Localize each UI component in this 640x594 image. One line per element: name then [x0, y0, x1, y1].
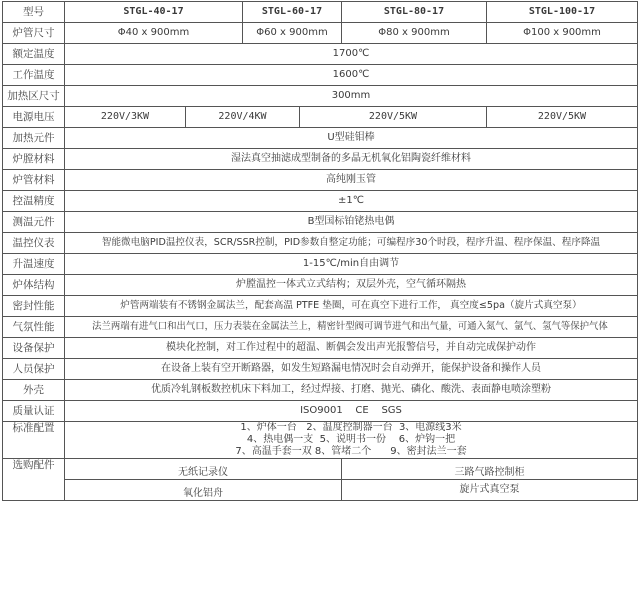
label-sensor: 测温元件 [3, 212, 65, 233]
label-model: 型号 [3, 2, 65, 23]
row-personnel-protection: 人员保护 在设备上装有空开断路器，如发生短路漏电情况时会自动弹开，能保护设备和操… [3, 359, 638, 380]
row-controller: 温控仪表 智能微电脑PID温控仪表，SCR/SSR控制，PID参数自整定功能；可… [3, 233, 638, 254]
label-work-temp: 工作温度 [3, 65, 65, 86]
row-shell: 外壳 优质冷轧钢板数控机床下料加工，经过焊接、打磨、抛光、磷化、酸洗、表面静电喷… [3, 380, 638, 401]
label-tube-material: 炉管材料 [3, 170, 65, 191]
sensor-value: B型国标铂铑热电偶 [65, 212, 638, 233]
label-equipment-protection: 设备保护 [3, 338, 65, 359]
label-sealing: 密封性能 [3, 296, 65, 317]
row-power: 电源电压 220V/3KW 220V/4KW 220V/5KW 220V/5KW [3, 107, 638, 128]
model-2: STGL-60-17 [243, 2, 342, 23]
label-heating-rate: 升温速度 [3, 254, 65, 275]
row-optional-2: 氧化铝舟 旋片式真空泵 [3, 480, 638, 501]
temp-accuracy-value: ±1℃ [65, 191, 638, 212]
power-4: 220V/5KW [487, 107, 638, 128]
standard-config-line-3: 7、高温手套一双 8、管堵二个 9、密封法兰一套 [69, 446, 633, 458]
optional-item-paperless-recorder: 无纸记录仪 [65, 459, 342, 480]
row-rated-temp: 额定温度 1700℃ [3, 44, 638, 65]
row-heating-rate: 升温速度 1-15℃/min自由调节 [3, 254, 638, 275]
model-1: STGL-40-17 [65, 2, 243, 23]
chamber-material-value: 湿法真空抽滤成型制备的多晶无机氧化铝陶瓷纤维材料 [65, 149, 638, 170]
label-optional: 选购配件 [3, 459, 65, 501]
tube-size-3: Φ80 x 900mm [342, 23, 487, 44]
tube-size-4: Φ100 x 900mm [487, 23, 638, 44]
label-tube-size: 炉管尺寸 [3, 23, 65, 44]
standard-config-list: 1、炉体一台 2、温度控制器一台 3、电源线3米 4、热电偶一支 5、说明书一份… [65, 422, 638, 459]
spec-sheet: 型号 STGL-40-17 STGL-60-17 STGL-80-17 STGL… [2, 1, 637, 501]
row-equipment-protection: 设备保护 模块化控制，对工作过程中的超温、断偶会发出声光报警信号，并自动完成保护… [3, 338, 638, 359]
label-temp-accuracy: 控温精度 [3, 191, 65, 212]
shell-value: 优质冷轧钢板数控机床下料加工，经过焊接、打磨、抛光、磷化、酸洗、表面静电喷涂塑粉 [65, 380, 638, 401]
optional-item-vacuum-pump: 旋片式真空泵 [342, 480, 638, 501]
label-rated-temp: 额定温度 [3, 44, 65, 65]
row-sealing: 密封性能 炉管两端装有不锈钢金属法兰，配套高温 PTFE 垫圈，可在真空下进行工… [3, 296, 638, 317]
label-atmosphere: 气氛性能 [3, 317, 65, 338]
tube-material-value: 高纯刚玉管 [65, 170, 638, 191]
row-atmosphere: 气氛性能 法兰两端有进气口和出气口，压力表装在金属法兰上，精密针型阀可调节进气和… [3, 317, 638, 338]
label-controller: 温控仪表 [3, 233, 65, 254]
spec-table: 型号 STGL-40-17 STGL-60-17 STGL-80-17 STGL… [2, 1, 638, 501]
row-structure: 炉体结构 炉膛温控一体式立式结构；双层外壳，空气循环隔热 [3, 275, 638, 296]
atmosphere-value: 法兰两端有进气口和出气口，压力表装在金属法兰上，精密针型阀可调节进气和出气量，可… [65, 317, 638, 338]
power-2: 220V/4KW [186, 107, 300, 128]
model-3: STGL-80-17 [342, 2, 487, 23]
label-standard-config: 标准配置 [3, 422, 65, 459]
heating-element-value: U型硅钼棒 [65, 128, 638, 149]
row-tube-material: 炉管材料 高纯刚玉管 [3, 170, 638, 191]
label-heating-element: 加热元件 [3, 128, 65, 149]
label-personnel-protection: 人员保护 [3, 359, 65, 380]
row-heating-element: 加热元件 U型硅钼棒 [3, 128, 638, 149]
certification-value: ISO9001 CE SGS [65, 401, 638, 422]
row-model: 型号 STGL-40-17 STGL-60-17 STGL-80-17 STGL… [3, 2, 638, 23]
tube-size-1: Φ40 x 900mm [65, 23, 243, 44]
model-4: STGL-100-17 [487, 2, 638, 23]
label-shell: 外壳 [3, 380, 65, 401]
work-temp-value: 1600℃ [65, 65, 638, 86]
personnel-protection-value: 在设备上装有空开断路器，如发生短路漏电情况时会自动弹开，能保护设备和操作人员 [65, 359, 638, 380]
power-1: 220V/3KW [65, 107, 186, 128]
label-heating-zone: 加热区尺寸 [3, 86, 65, 107]
label-power: 电源电压 [3, 107, 65, 128]
controller-value: 智能微电脑PID温控仪表，SCR/SSR控制，PID参数自整定功能；可编程序30… [65, 233, 638, 254]
optional-item-alumina-boat: 氧化铝舟 [65, 480, 342, 501]
structure-value: 炉膛温控一体式立式结构；双层外壳，空气循环隔热 [65, 275, 638, 296]
equipment-protection-value: 模块化控制，对工作过程中的超温、断偶会发出声光报警信号，并自动完成保护动作 [65, 338, 638, 359]
power-3: 220V/5KW [300, 107, 487, 128]
row-heating-zone: 加热区尺寸 300mm [3, 86, 638, 107]
rated-temp-value: 1700℃ [65, 44, 638, 65]
label-certification: 质量认证 [3, 401, 65, 422]
standard-config-line-1: 1、炉体一台 2、温度控制器一台 3、电源线3米 [69, 422, 633, 434]
label-chamber-material: 炉膛材料 [3, 149, 65, 170]
row-work-temp: 工作温度 1600℃ [3, 65, 638, 86]
row-certification: 质量认证 ISO9001 CE SGS [3, 401, 638, 422]
tube-size-2: Φ60 x 900mm [243, 23, 342, 44]
row-sensor: 测温元件 B型国标铂铑热电偶 [3, 212, 638, 233]
row-temp-accuracy: 控温精度 ±1℃ [3, 191, 638, 212]
label-structure: 炉体结构 [3, 275, 65, 296]
row-tube-size: 炉管尺寸 Φ40 x 900mm Φ60 x 900mm Φ80 x 900mm… [3, 23, 638, 44]
optional-item-gas-control-cabinet: 三路气路控制柜 [342, 459, 638, 480]
standard-config-line-2: 4、热电偶一支 5、说明书一份 6、炉钩一把 [69, 434, 633, 446]
heating-rate-value: 1-15℃/min自由调节 [65, 254, 638, 275]
row-chamber-material: 炉膛材料 湿法真空抽滤成型制备的多晶无机氧化铝陶瓷纤维材料 [3, 149, 638, 170]
row-optional-1: 选购配件 无纸记录仪 三路气路控制柜 [3, 459, 638, 480]
heating-zone-value: 300mm [65, 86, 638, 107]
sealing-value: 炉管两端装有不锈钢金属法兰，配套高温 PTFE 垫圈，可在真空下进行工作， 真空… [65, 296, 638, 317]
row-standard-config: 标准配置 1、炉体一台 2、温度控制器一台 3、电源线3米 4、热电偶一支 5、… [3, 422, 638, 459]
